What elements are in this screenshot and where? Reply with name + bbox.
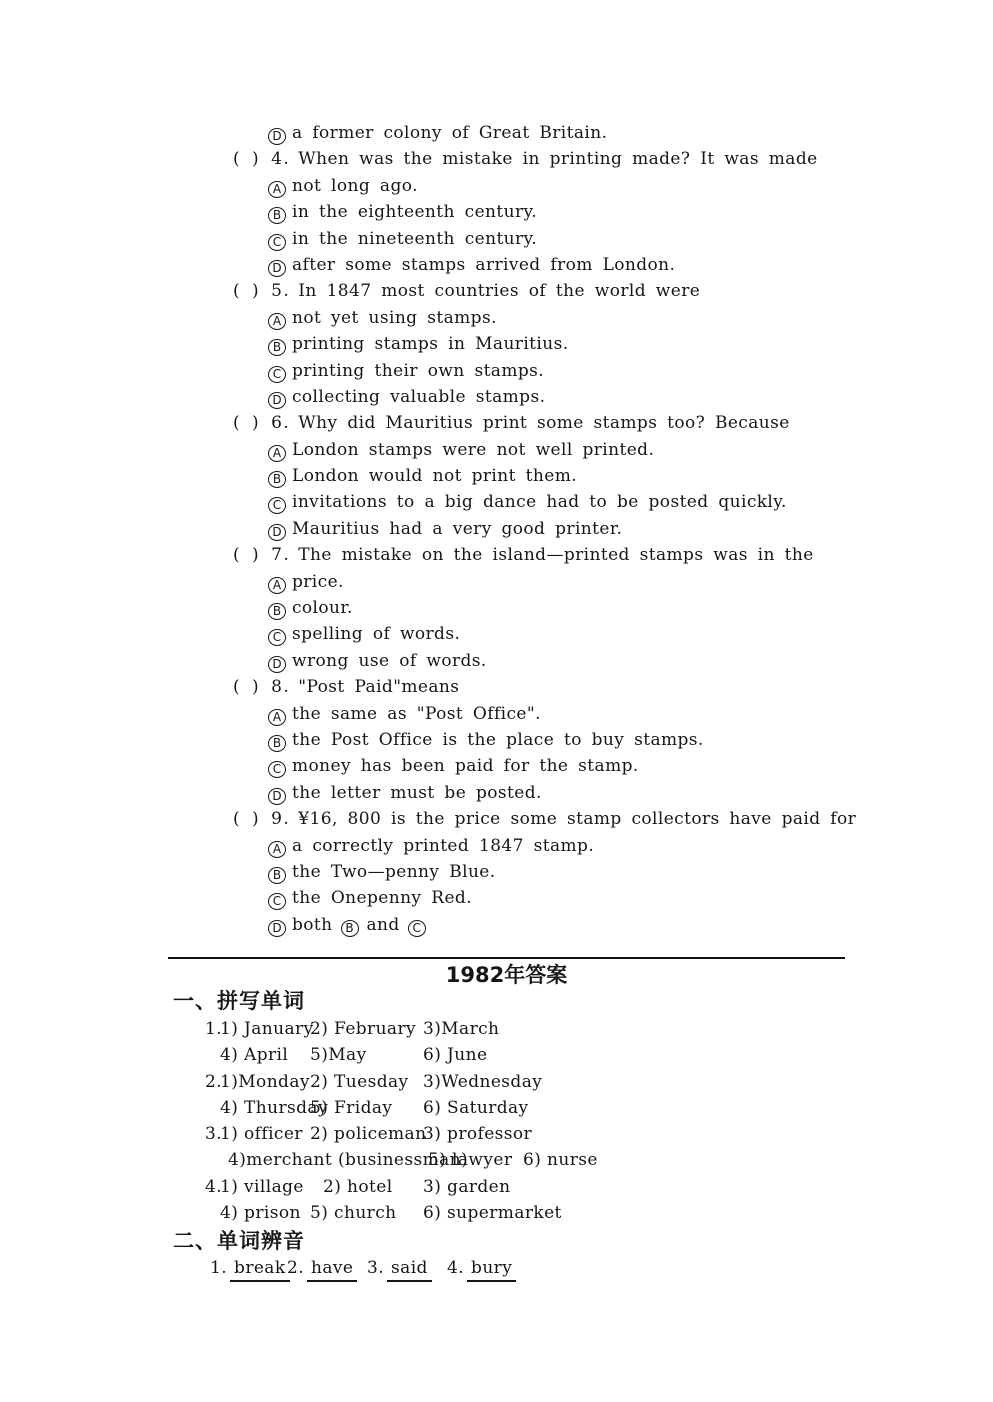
option-text: price.: [292, 572, 344, 592]
option-letter-icon: D: [268, 260, 286, 277]
document-page: Da former colony of Great Britain. ( ) 4…: [0, 0, 993, 1402]
option-ref-letter-icon: B: [341, 920, 359, 937]
answer-cell: 1) officer: [220, 1121, 310, 1147]
option-letter-icon: A: [268, 577, 286, 594]
section2-heading: 二、单词辨音: [173, 1228, 305, 1255]
answer-cell: 4) April: [220, 1042, 310, 1068]
question-line: ( ) 5.In 1847 most countries of the worl…: [233, 278, 993, 304]
option-text: not yet using stamps.: [292, 308, 497, 328]
answer-cell: 2) policeman: [310, 1121, 423, 1147]
option-letter-icon: B: [268, 735, 286, 752]
answer-item-number: 2.: [205, 1069, 220, 1095]
option-letter-icon: D: [268, 788, 286, 805]
pron-item-number: 2.: [287, 1258, 304, 1278]
option-letter-icon: B: [268, 207, 286, 224]
answer-item-number: 1.: [205, 1016, 220, 1042]
question-number: ( ) 4.: [233, 149, 290, 169]
option-text: printing their own stamps.: [292, 361, 544, 381]
option-text: both: [292, 915, 333, 935]
answer-row: 3. 1) officer 2) policeman 3) professor: [205, 1121, 993, 1147]
option-letter-icon: A: [268, 445, 286, 462]
question-line: ( ) 6.Why did Mauritius print some stamp…: [233, 410, 993, 436]
answer-cell: 5) lawyer: [428, 1147, 523, 1173]
option-text: the Onepenny Red.: [292, 888, 472, 908]
option-letter-icon: D: [268, 392, 286, 409]
option-line: Dwrong use of words.: [268, 648, 993, 674]
question-line: ( ) 4.When was the mistake in printing m…: [233, 146, 993, 172]
option-line: Bthe Post Office is the place to buy sta…: [268, 727, 993, 753]
option-line: Cin the nineteenth century.: [268, 226, 993, 252]
option-line: Cspelling of words.: [268, 621, 993, 647]
answer-cell: 5) Friday: [310, 1095, 423, 1121]
option-letter-icon: C: [268, 761, 286, 778]
option-line: Bthe Two—penny Blue.: [268, 859, 993, 885]
option-letter-icon: A: [268, 313, 286, 330]
answer-cell: 2) Tuesday: [310, 1069, 423, 1095]
pron-item-number: 1.: [210, 1258, 227, 1278]
option-ref-letter-icon: C: [408, 920, 426, 937]
answer-row: 4) prison 5) church 6) supermarket: [205, 1200, 993, 1226]
option-text: in the nineteenth century.: [292, 229, 537, 249]
answer-row: 2. 1)Monday 2) Tuesday 3)Wednesday: [205, 1069, 993, 1095]
option-text: the Two—penny Blue.: [292, 862, 496, 882]
option-letter-icon: B: [268, 471, 286, 488]
option-letter-icon: C: [268, 497, 286, 514]
answer-item-number: 4.: [205, 1174, 220, 1200]
option-line: Dthe letter must be posted.: [268, 780, 993, 806]
answer-cell: 3) garden: [423, 1174, 993, 1200]
answer-cell: 6) nurse: [523, 1147, 993, 1173]
option-line: Dafter some stamps arrived from London.: [268, 252, 993, 278]
option-text: in the eighteenth century.: [292, 202, 537, 222]
option-text: money has been paid for the stamp.: [292, 756, 639, 776]
option-text: collecting valuable stamps.: [292, 387, 545, 407]
question-number: ( ) 6.: [233, 413, 290, 433]
question-number: ( ) 5.: [233, 281, 290, 301]
option-letter-icon: C: [268, 629, 286, 646]
answer-cell: 1) January: [220, 1016, 310, 1042]
option-text: wrong use of words.: [292, 651, 487, 671]
pron-item-number: 4.: [447, 1258, 464, 1278]
answer-cell: 6) June: [423, 1042, 993, 1068]
question-stem: In 1847 most countries of the world were: [298, 281, 700, 301]
pronunciation-answers-row: 1.break 2.have 3.said 4.bury: [210, 1256, 516, 1283]
question-line: ( ) 7.The mistake on the island—printed …: [233, 542, 993, 568]
answer-row: 4) Thursday 5) Friday 6) Saturday: [205, 1095, 993, 1121]
option-letter-icon: C: [268, 234, 286, 251]
pronunciation-item: 4.bury: [447, 1256, 516, 1283]
option-letter-icon: A: [268, 709, 286, 726]
option-text: printing stamps in Mauritius.: [292, 334, 569, 354]
option-line: Cthe Onepenny Red.: [268, 885, 993, 911]
option-line: Cmoney has been paid for the stamp.: [268, 753, 993, 779]
answer-cell: 3)Wednesday: [423, 1069, 993, 1095]
answer-cell: 3)March: [423, 1016, 993, 1042]
option-text: and: [367, 915, 400, 935]
option-letter-icon: D: [268, 524, 286, 541]
answer-item-number: 3.: [205, 1121, 220, 1147]
answers-title: 1982年答案: [168, 962, 845, 989]
answer-cell: 2) February: [310, 1016, 423, 1042]
question-line: ( ) 8."Post Paid"means: [233, 674, 993, 700]
section1-heading: 一、拼写单词: [173, 988, 305, 1015]
option-line: Bin the eighteenth century.: [268, 199, 993, 225]
answer-row: 1. 1) January 2) February 3)March: [205, 1016, 993, 1042]
option-letter-icon: B: [268, 339, 286, 356]
option-letter-icon: D: [268, 920, 286, 937]
answer-row: 4) April 5)May 6) June: [205, 1042, 993, 1068]
question-stem: ¥16, 800 is the price some stamp collect…: [298, 809, 856, 829]
option-letter-icon: D: [268, 656, 286, 673]
option-line: Cinvitations to a big dance had to be po…: [268, 489, 993, 515]
question-stem: The mistake on the island—printed stamps…: [298, 545, 813, 565]
answer-cell: 6) supermarket: [423, 1200, 993, 1226]
option-line: BLondon would not print them.: [268, 463, 993, 489]
pron-word-underlined: have: [307, 1256, 357, 1282]
option-line: Aprice.: [268, 569, 993, 595]
option-text: the same as "Post Office".: [292, 704, 541, 724]
answer-cell: 4) Thursday: [220, 1095, 310, 1121]
option-text: the letter must be posted.: [292, 783, 542, 803]
answer-cell: 5) church: [310, 1200, 423, 1226]
answer-cell: 5)May: [310, 1042, 423, 1068]
answer-cell: 6) Saturday: [423, 1095, 993, 1121]
option-letter-icon: C: [268, 366, 286, 383]
answer-item-number: [205, 1147, 220, 1173]
option-line: Bprinting stamps in Mauritius.: [268, 331, 993, 357]
option-text: not long ago.: [292, 176, 418, 196]
option-line: Cprinting their own stamps.: [268, 358, 993, 384]
option-letter-icon: A: [268, 841, 286, 858]
option-text: invitations to a big dance had to be pos…: [292, 492, 787, 512]
option-line: Aa correctly printed 1847 stamp.: [268, 833, 993, 859]
option-line: Da former colony of Great Britain.: [268, 120, 993, 146]
questions-section: Da former colony of Great Britain. ( ) 4…: [0, 120, 993, 938]
question-stem: "Post Paid"means: [298, 677, 459, 697]
option-line-both-b-and-c: DbothBandC: [268, 912, 993, 938]
option-text: Mauritius had a very good printer.: [292, 519, 622, 539]
section-divider: [168, 957, 845, 959]
question-stem: When was the mistake in printing made? I…: [298, 149, 817, 169]
option-line: Anot yet using stamps.: [268, 305, 993, 331]
pron-word-underlined: break: [230, 1256, 290, 1282]
option-letter-icon: D: [268, 128, 286, 145]
question-line: ( ) 9.¥16, 800 is the price some stamp c…: [233, 806, 993, 832]
pronunciation-item: 2.have: [287, 1256, 367, 1283]
pronunciation-item: 3.said: [367, 1256, 447, 1283]
answer-row: 4)merchant (businessman) 5) lawyer 6) nu…: [205, 1147, 993, 1173]
answer-cell: 1)Monday: [220, 1069, 310, 1095]
option-text: spelling of words.: [292, 624, 460, 644]
answer-cell: 4) prison: [220, 1200, 310, 1226]
option-line: Dcollecting valuable stamps.: [268, 384, 993, 410]
option-text: the Post Office is the place to buy stam…: [292, 730, 704, 750]
answer-cell: 2) hotel: [323, 1174, 423, 1200]
answer-cell: 1) village: [220, 1174, 323, 1200]
option-line: Anot long ago.: [268, 173, 993, 199]
answer-item-number: [205, 1095, 220, 1121]
option-line: Bcolour.: [268, 595, 993, 621]
answer-cell: 3) professor: [423, 1121, 993, 1147]
answer-row: 4. 1) village 2) hotel 3) garden: [205, 1174, 993, 1200]
option-line: DMauritius had a very good printer.: [268, 516, 993, 542]
pronunciation-item: 1.break: [210, 1256, 287, 1283]
answer-item-number: [205, 1042, 220, 1068]
question-number: ( ) 7.: [233, 545, 290, 565]
pron-word-underlined: bury: [467, 1256, 516, 1282]
question-stem: Why did Mauritius print some stamps too?…: [298, 413, 789, 433]
option-text: a former colony of Great Britain.: [292, 123, 607, 143]
option-text: after some stamps arrived from London.: [292, 255, 675, 275]
option-letter-icon: A: [268, 181, 286, 198]
pron-word-underlined: said: [387, 1256, 432, 1282]
option-line: Athe same as "Post Office".: [268, 701, 993, 727]
option-letter-icon: B: [268, 867, 286, 884]
option-text: a correctly printed 1847 stamp.: [292, 836, 594, 856]
question-number: ( ) 8.: [233, 677, 290, 697]
question-number: ( ) 9.: [233, 809, 290, 829]
option-text: London would not print them.: [292, 466, 577, 486]
option-text: colour.: [292, 598, 353, 618]
option-letter-icon: B: [268, 603, 286, 620]
option-line: ALondon stamps were not well printed.: [268, 437, 993, 463]
option-text: London stamps were not well printed.: [292, 440, 654, 460]
spelling-answers-grid: 1. 1) January 2) February 3)March 4) Apr…: [205, 1016, 993, 1226]
answer-item-number: [205, 1200, 220, 1226]
answer-cell: 4)merchant (businessman): [220, 1147, 428, 1173]
option-letter-icon: C: [268, 893, 286, 910]
pron-item-number: 3.: [367, 1258, 384, 1278]
